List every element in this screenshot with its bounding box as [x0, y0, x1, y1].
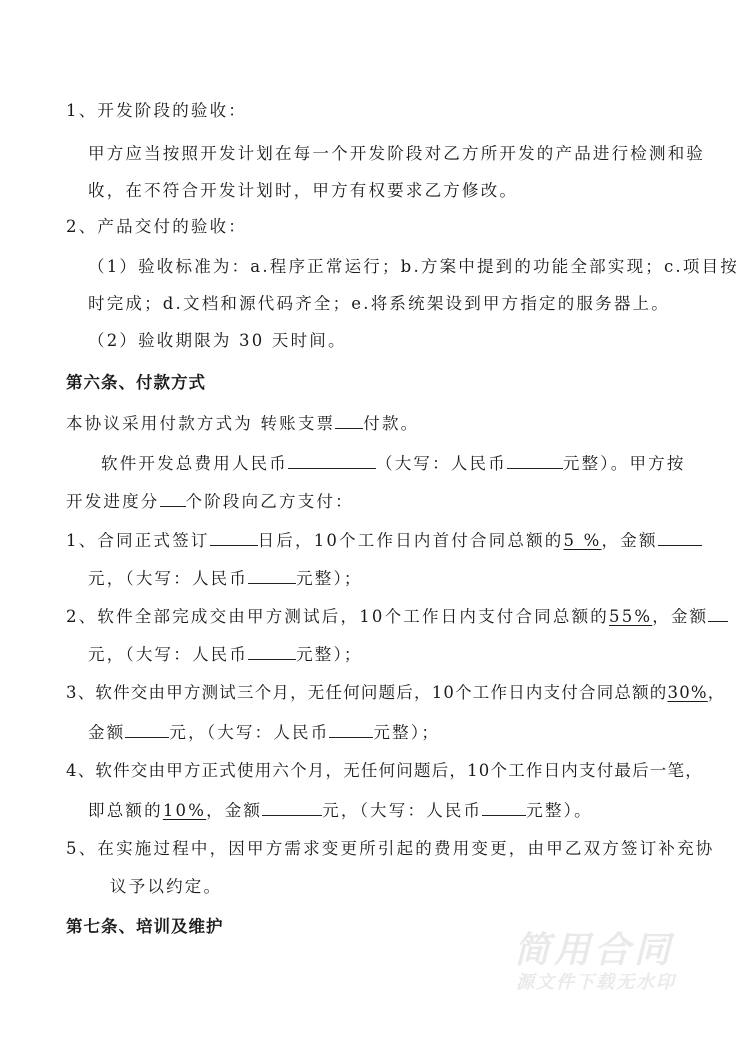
payment2-percent: 55% [609, 607, 652, 626]
payment-method-line: 本协议采用付款方式为 转账支票付款。 [66, 411, 419, 435]
payment-method-blank[interactable] [335, 411, 363, 429]
payment-method-prefix: 本协议采用付款方式为 转账支票 [66, 414, 335, 433]
payment2-line1: 2、软件全部完成交由甲方测试后，10个工作日内支付合同总额的55%，金额 [66, 604, 728, 628]
payment1-text-a: 1、合同正式签订 [66, 531, 210, 550]
payment2-text-a: 2、软件全部完成交由甲方测试后，10个工作日内支付合同总额的 [66, 607, 609, 626]
total-fee-prefix: 软件开发总费用人民币 [101, 454, 288, 473]
payment5-line1: 5、在实施过程中，因甲方需求变更所引起的费用变更，由甲乙双方签订补充协 [66, 838, 715, 860]
payment1-capital-blank[interactable] [248, 566, 296, 584]
payment3-line2: 金额元，（大写：人民币元整）； [88, 720, 440, 744]
payment4-suffix: 元整）。 [526, 801, 593, 820]
payment1-text-b: 日后，10个工作日内首付合同总额的 [258, 531, 564, 550]
total-fee-suffix: 元整）。甲方按 [563, 454, 686, 473]
item1-body-line2: 收，在不符合开发计划时，甲方有权要求乙方修改。 [88, 180, 518, 202]
payment3-suffix: 元整）； [373, 723, 440, 742]
item1-body-line1: 甲方应当按照开发计划在每一个开发阶段对乙方所开发的产品进行检测和验 [88, 143, 705, 165]
total-fee-capital-blank[interactable] [507, 451, 563, 469]
payment1-percent: 5 % [564, 531, 602, 550]
article7-heading: 第七条、培训及维护 [66, 916, 224, 938]
stages-suffix: 个阶段向乙方支付： [186, 492, 354, 511]
payment4-amount-label: ，金额 [206, 801, 262, 820]
stages-prefix: 开发进度分 [66, 492, 160, 511]
payment1-capital-label: 元，（大写：人民币 [88, 569, 248, 588]
payment3-line1: 3、软件交由甲方测试三个月，无任何问题后，10个工作日内支付合同总额的30%， [66, 682, 725, 704]
payment3-percent: 30% [668, 683, 708, 702]
watermark-tagline: 源文件下载无水印 [516, 968, 676, 994]
payment2-amount-blank[interactable] [708, 604, 728, 622]
payment4-line1: 4、软件交由甲方正式使用六个月，无任何问题后，10个工作日内支付最后一笔， [66, 760, 703, 782]
payment1-line1: 1、合同正式签订日后，10个工作日内首付合同总额的5 %，金额 [66, 528, 702, 552]
item1-title: 1、开发阶段的验收： [66, 100, 247, 122]
stages-line: 开发进度分个阶段向乙方支付： [66, 489, 354, 513]
payment4-amount-blank[interactable] [262, 798, 322, 816]
payment1-suffix: 元整）； [296, 569, 363, 588]
stages-count-blank[interactable] [160, 489, 186, 507]
payment1-amount-blank[interactable] [658, 528, 702, 546]
payment4-line2: 即总额的10%，金额元，（大写：人民币元整）。 [88, 798, 593, 822]
payment2-line2: 元，（大写：人民币元整）； [88, 642, 363, 666]
payment4-percent: 10% [163, 801, 206, 820]
item2-sub2: （2）验收期限为 30 天时间。 [88, 330, 347, 352]
payment3-amount-blank[interactable] [125, 720, 169, 738]
document-page: 1、开发阶段的验收： 甲方应当按照开发计划在每一个开发阶段对乙方所开发的产品进行… [0, 0, 742, 1049]
payment2-capital-blank[interactable] [248, 642, 296, 660]
payment3-comma: ， [708, 683, 726, 702]
article6-heading: 第六条、付款方式 [66, 372, 206, 394]
payment5-line2: 议予以约定。 [110, 876, 222, 898]
payment-method-suffix: 付款。 [363, 414, 419, 433]
total-fee-amount-blank[interactable] [288, 451, 376, 469]
total-fee-capital-label: （大写：人民币 [376, 454, 507, 473]
payment3-text-a: 3、软件交由甲方测试三个月，无任何问题后，10个工作日内支付合同总额的 [66, 683, 668, 702]
payment3-amount-label: 金额 [88, 723, 125, 742]
payment3-capital-label: 元，（大写：人民币 [169, 723, 329, 742]
item2-title: 2、产品交付的验收： [66, 216, 247, 238]
item2-sub1-line2: 时完成；d.文档和源代码齐全；e.将系统架设到甲方指定的服务器上。 [88, 293, 670, 315]
payment4-capital-blank[interactable] [482, 798, 526, 816]
payment2-suffix: 元整）； [296, 645, 363, 664]
payment2-capital-label: 元，（大写：人民币 [88, 645, 248, 664]
payment1-line2: 元，（大写：人民币元整）； [88, 566, 363, 590]
payment4-text-b: 即总额的 [88, 801, 163, 820]
payment2-amount-label: ，金额 [652, 607, 708, 626]
watermark-brand: 简用合同 [514, 922, 674, 973]
payment1-amount-label: ，金额 [602, 531, 658, 550]
payment4-capital-label: 元，（大写：人民币 [322, 801, 482, 820]
item2-sub1-line1: （1）验收标准为：a.程序正常运行；b.方案中提到的功能全部实现；c.项目按 [88, 256, 739, 278]
payment1-days-blank[interactable] [210, 528, 258, 546]
total-fee-line: 软件开发总费用人民币（大写：人民币元整）。甲方按 [101, 451, 686, 475]
payment3-capital-blank[interactable] [329, 720, 373, 738]
